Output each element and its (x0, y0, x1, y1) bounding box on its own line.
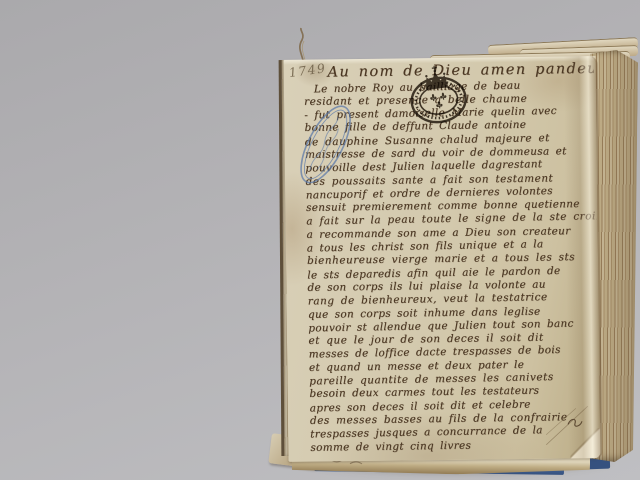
fleur-de-lis-icon (440, 92, 447, 100)
archive-stamp (272, 91, 379, 198)
photo-scene: 1749 Au nom de Dieu amen pandeu Le nobre… (0, 0, 640, 480)
manuscript-book: 1749 Au nom de Dieu amen pandeu Le nobre… (278, 40, 636, 468)
crown-icon (423, 64, 448, 90)
fleur-de-lis-icon (436, 101, 443, 109)
royal-tax-stamp (397, 54, 478, 137)
notarial-paraph (544, 400, 597, 447)
manuscript-page: 1749 Au nom de Dieu amen pandeu Le nobre… (284, 56, 601, 462)
fleur-de-lis-icon (430, 94, 437, 102)
